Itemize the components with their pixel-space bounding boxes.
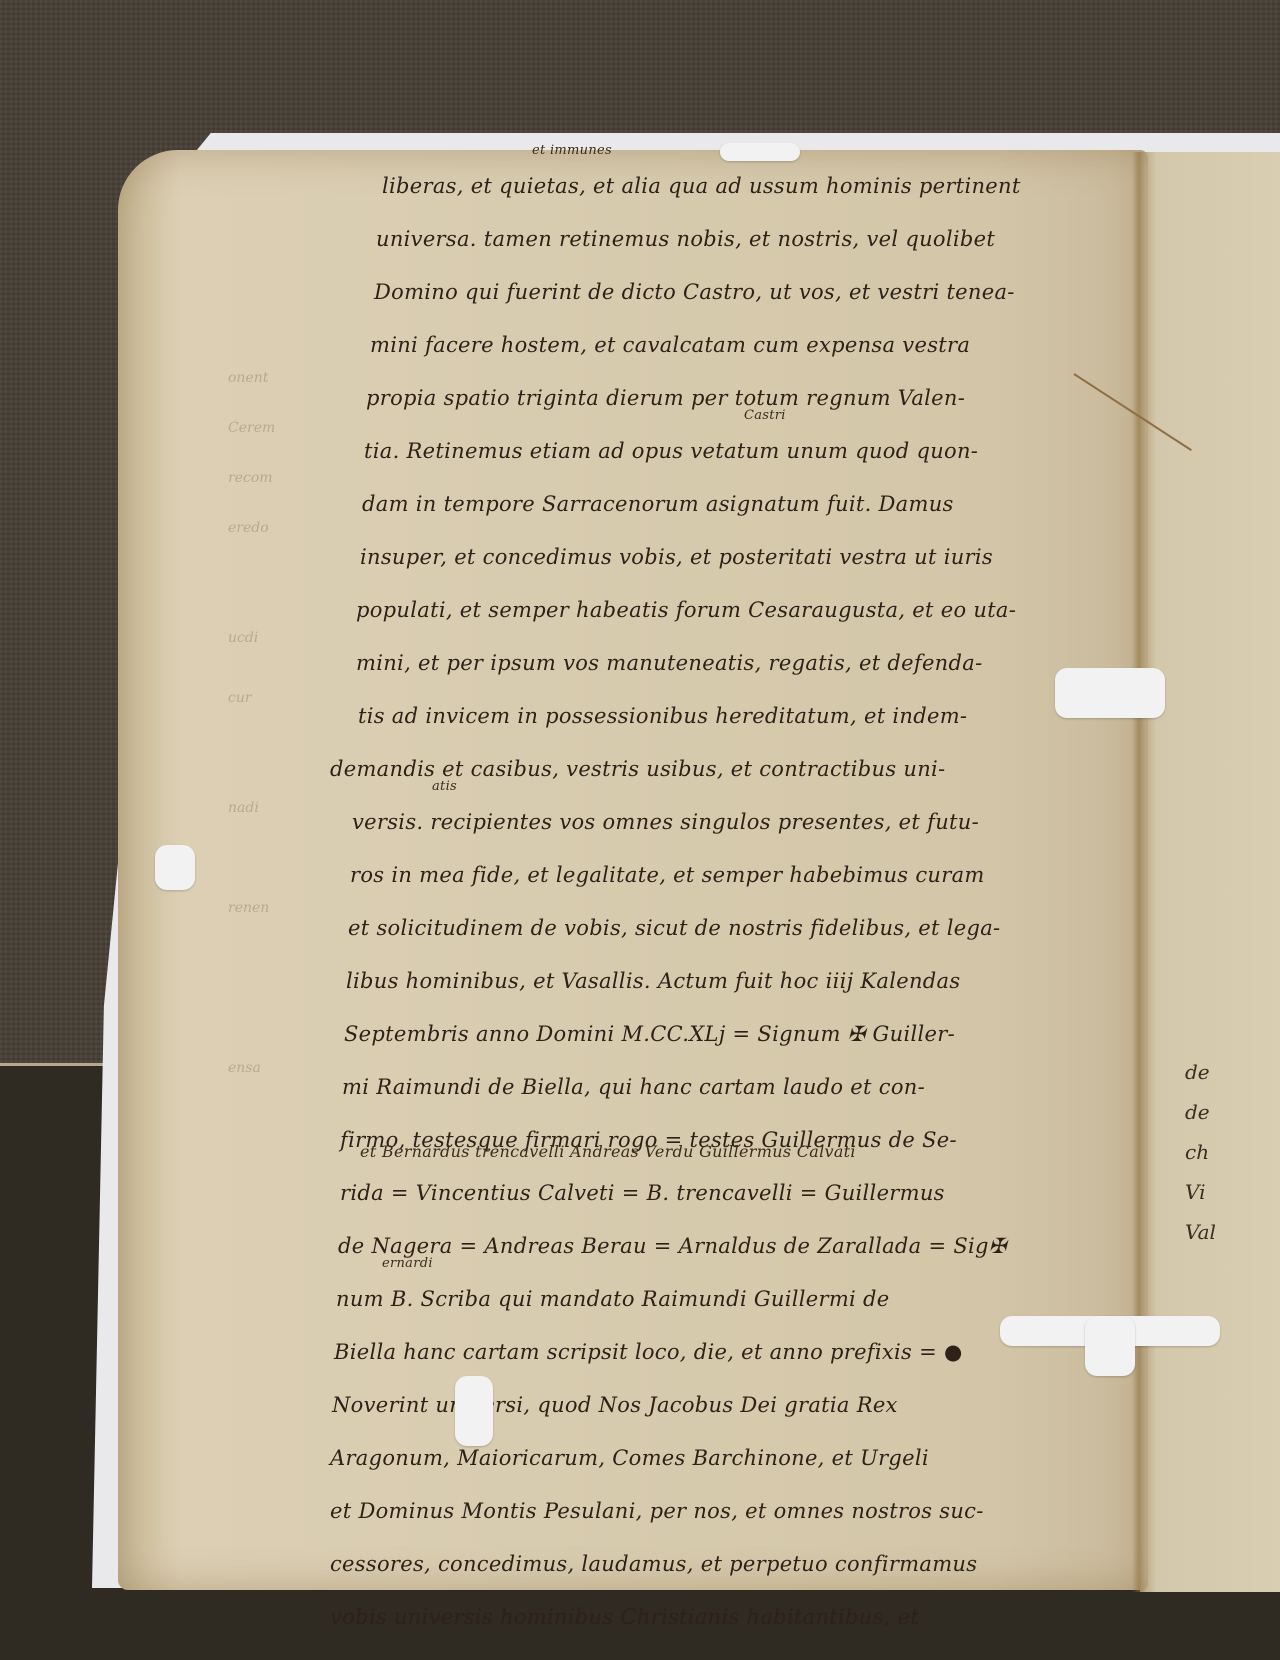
text-line: universa. tamen retinemus nobis, et nost… bbox=[376, 213, 1130, 266]
bleed-through-text: ucdi bbox=[228, 630, 328, 646]
text-line: atis versis. recipientes vos omnes singu… bbox=[352, 796, 1130, 849]
bleed-through-text: onent bbox=[228, 370, 328, 386]
text-line: vobis universis hominibus Christianis ha… bbox=[330, 1591, 1130, 1644]
text-line: tis ad invicem in possessionibus heredit… bbox=[358, 690, 1130, 743]
text-line: cessores, concedimus, laudamus, et perpe… bbox=[330, 1538, 1130, 1591]
text-line: mi Raimundi de Biella, qui hanc cartam l… bbox=[342, 1061, 1130, 1114]
text-fragment: Vi bbox=[1185, 1180, 1216, 1220]
bleed-through-text: cur bbox=[228, 690, 328, 706]
text-line: de Nagera = Andreas Berau = Arnaldus de … bbox=[338, 1220, 1130, 1273]
text-fragment: de bbox=[1185, 1060, 1216, 1100]
bleed-through-text: Cerem bbox=[228, 420, 328, 436]
interlinear-note: ernardi bbox=[382, 1257, 433, 1271]
bleed-through-text: nadi bbox=[228, 800, 328, 816]
text-fragment: Val bbox=[1185, 1220, 1216, 1260]
bleed-through-text: renen bbox=[228, 900, 328, 916]
interlinear-note: et immunes bbox=[532, 144, 612, 158]
interlinear-note: atis bbox=[432, 780, 457, 794]
manuscript-text: et immunes liberas, et quietas, et alia … bbox=[330, 160, 1130, 1644]
page-gutter bbox=[1132, 152, 1146, 1592]
text-line: mini facere hostem, et cavalcatam cum ex… bbox=[370, 319, 1130, 372]
text-line: mini, et per ipsum vos manuteneatis, reg… bbox=[356, 637, 1130, 690]
right-page bbox=[1140, 152, 1280, 1592]
interlinear-note: et Bernardus trencavelli Andreas Verdu G… bbox=[360, 1145, 856, 1159]
text-line: et immunes liberas, et quietas, et alia … bbox=[382, 160, 1130, 213]
text-line: dam in tempore Sarracenorum asignatum fu… bbox=[362, 478, 1130, 531]
text-line: Septembris anno Domini M.CC.XLj = Signum… bbox=[344, 1008, 1130, 1061]
repair-tape bbox=[720, 143, 800, 161]
text-line: populati, et semper habeatis forum Cesar… bbox=[356, 584, 1130, 637]
repair-tape bbox=[1055, 668, 1165, 718]
text-line: Castri tia. Retinemus etiam ad opus veta… bbox=[364, 425, 1130, 478]
repair-tape bbox=[455, 1376, 493, 1446]
bleed-through-text: eredo bbox=[228, 520, 328, 536]
bleed-through-text: recom bbox=[228, 470, 328, 486]
text-line: et Dominus Montis Pesulani, per nos, et … bbox=[330, 1485, 1130, 1538]
repair-tape bbox=[155, 845, 195, 890]
text-fragment: ch bbox=[1185, 1140, 1216, 1180]
right-page-text: de de ch Vi Val bbox=[1185, 1060, 1216, 1260]
text-line: Aragonum, Maioricarum, Comes Barchinone,… bbox=[330, 1432, 1130, 1485]
text-line: Domino qui fuerint de dicto Castro, ut v… bbox=[374, 266, 1130, 319]
text-line: et solicitudinem de vobis, sicut de nost… bbox=[348, 902, 1130, 955]
text-line: ros in mea fide, et legalitate, et sempe… bbox=[350, 849, 1130, 902]
interlinear-note: Castri bbox=[744, 409, 786, 423]
bleed-through-text: ensa bbox=[228, 1060, 328, 1076]
repair-tape bbox=[1085, 1316, 1135, 1376]
text-line: Noverint universi, quod Nos Jacobus Dei … bbox=[332, 1379, 1130, 1432]
text-line: et Bernardus trencavelli Andreas Verdu G… bbox=[340, 1167, 1130, 1220]
text-line: insuper, et concedimus vobis, et posteri… bbox=[360, 531, 1130, 584]
text-fragment: de bbox=[1185, 1100, 1216, 1140]
text-line: libus hominibus, et Vasallis. Actum fuit… bbox=[346, 955, 1130, 1008]
